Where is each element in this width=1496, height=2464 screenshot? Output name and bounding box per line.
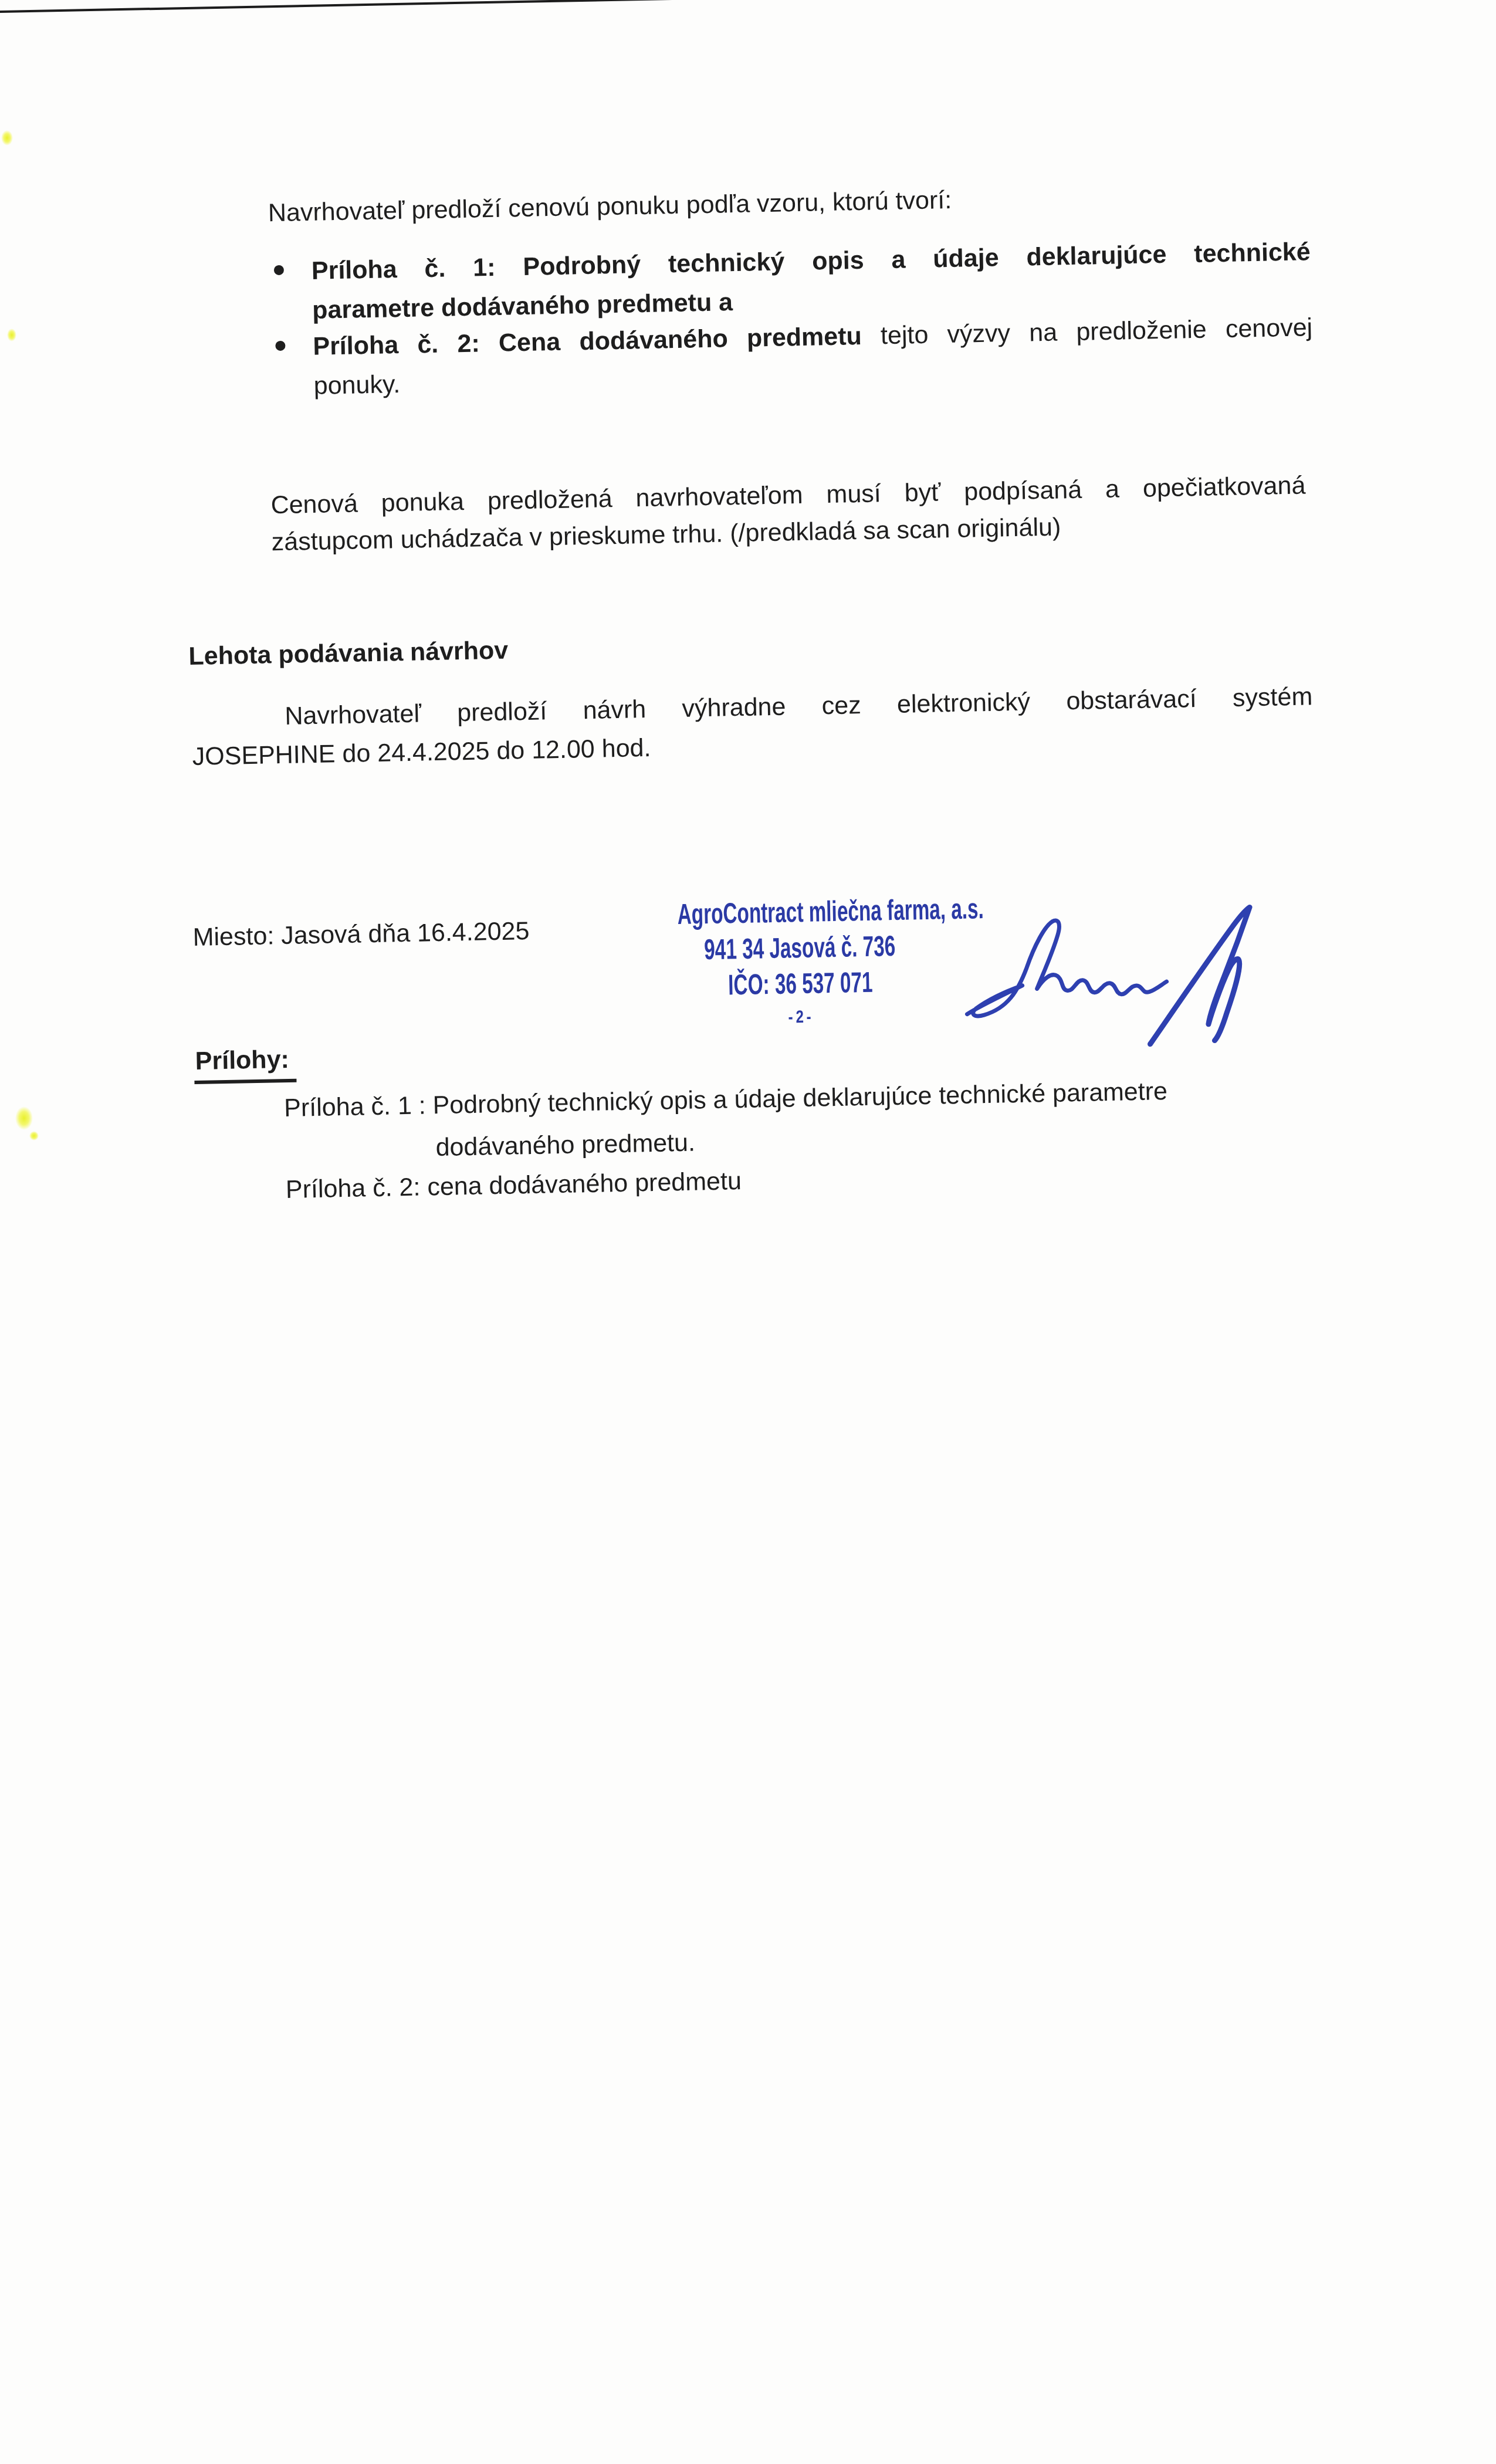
deadline-line-1: Navrhovateľ predloží návrh výhradne cez … [285,679,1313,733]
scan-artifact [7,329,16,341]
stamp-company-name: AgroContract mliečna farma, a.s. [677,892,921,933]
bullet-dot [274,265,284,275]
stamp-page-mark: -2- [658,999,945,1035]
attachment-1-line-2: dodávaného predmetu. [435,1126,695,1165]
attachment-1-line-1: Príloha č. 1 : Podrobný technický opis a… [284,1074,1168,1125]
stamp-ico: IČO: 36 537 071 [679,964,923,1004]
signature-flourish [1148,907,1252,1044]
bullet-2-line-2: ponuky. [313,367,401,403]
bullet-1-line-1: Príloha č. 1: Podrobný technický opis a … [311,235,1311,288]
scan-artifact [29,1131,39,1140]
attachment-2-line-1: Príloha č. 2: cena dodávaného predmetu [285,1164,742,1207]
attachments-heading: Prílohy: [194,1043,296,1084]
scan-artifact [15,1106,33,1130]
stamp-address: 941 34 Jasová č. 736 [678,928,922,969]
signature [945,893,1288,1058]
page-edge-line [0,0,825,13]
scan-artifact [1,130,13,145]
section-heading: Lehota podávania návrhov [188,634,509,673]
bullet-2-bold-text: Príloha č. 2: Cena dodávaného predmetu [313,322,862,361]
intro-paragraph: Navrhovateľ predloží cenovú ponuku podľa… [268,183,952,230]
place-date: Miesto: Jasová dňa 16.4.2025 [192,914,530,955]
bullet-dot [275,341,285,351]
bullet-1-line-2: parametre dodávaného predmetu a [312,285,733,327]
offer-paragraph-line-1: Cenová ponuka predložená navrhovateľom m… [270,468,1306,522]
bullet-2-regular-text: tejto výzvy na predloženie cenovej [861,313,1312,350]
scanned-document-page: Navrhovateľ predloží cenovú ponuku podľa… [0,0,1496,2464]
deadline-line-2: JOSEPHINE do 24.4.2025 do 12.00 hod. [192,731,651,774]
company-stamp: AgroContract mliečna farma, a.s. 941 34 … [620,891,980,1036]
document-content: Navrhovateľ predloží cenovú ponuku podľa… [0,0,1496,2463]
signature-scrawl [965,918,1167,1016]
